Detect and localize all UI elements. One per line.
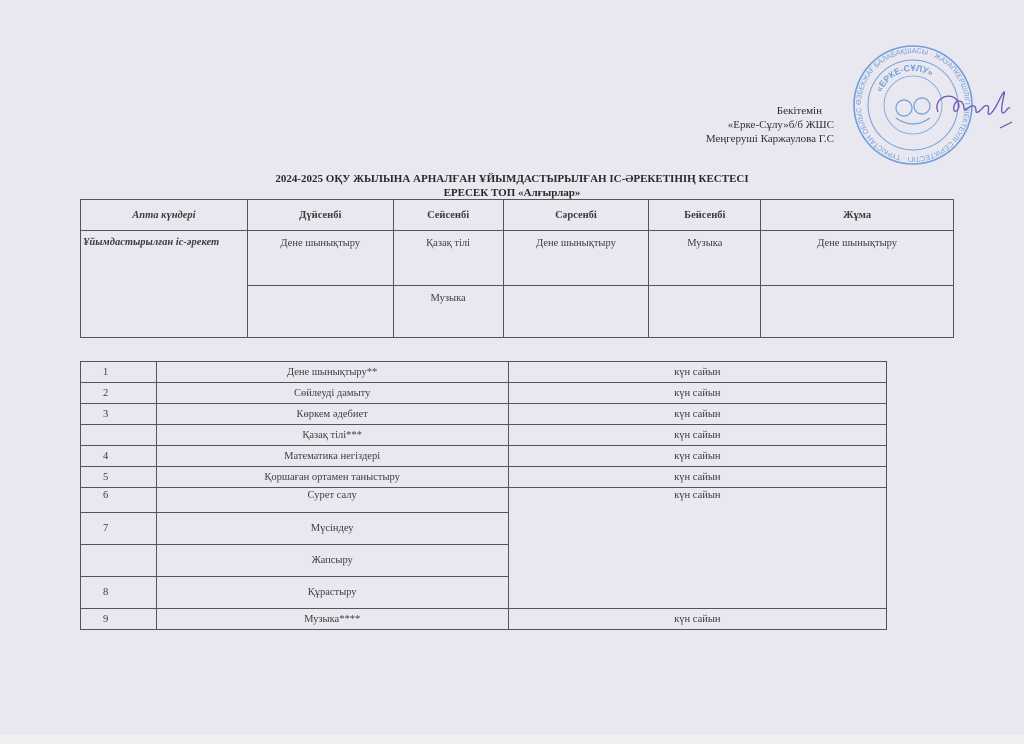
weekly-schedule-table: Апта күндері Дүйсенбі Сейсенбі Сәрсенбі … xyxy=(80,199,954,338)
signature-icon xyxy=(930,82,1020,132)
cell-tuesday-2: Музыка xyxy=(393,286,503,338)
document-title: 2024-2025 ОҚУ ЖЫЛЫНА АРНАЛҒАН ҰЙЫМДАСТЫР… xyxy=(0,172,1024,200)
subject-name: Мүсіндеу xyxy=(156,513,508,545)
subject-frequency: күн сайын xyxy=(508,609,886,630)
row-number: 7 xyxy=(81,513,157,545)
subject-name: Қазақ тілі*** xyxy=(156,425,508,446)
subject-frequency: күн сайын xyxy=(508,362,886,383)
subject-frequency: күн сайын xyxy=(508,383,886,404)
subject-frequency: күн сайын xyxy=(508,425,886,446)
title-line-2: ЕРЕСЕК ТОП «Алғырлар» xyxy=(0,186,1024,200)
cell-monday-2 xyxy=(247,286,393,338)
table-row: 5 Қоршаған ортамен таныстыру күн сайын xyxy=(81,467,887,488)
subject-frequency: күн сайын xyxy=(508,404,886,425)
header-weekdays: Апта күндері xyxy=(81,200,248,231)
subject-name: Математика негіздері xyxy=(156,446,508,467)
subjects-frequency-table: 1 Дене шынықтыру** күн сайын 2 Сөйлеуді … xyxy=(80,361,887,630)
table-row: 4 Математика негіздері күн сайын xyxy=(81,446,887,467)
row-number: 9 xyxy=(81,609,157,630)
header-wednesday: Сәрсенбі xyxy=(503,200,649,231)
title-line-1: 2024-2025 ОҚУ ЖЫЛЫНА АРНАЛҒАН ҰЙЫМДАСТЫР… xyxy=(0,172,1024,186)
subject-name: Қоршаған ортамен таныстыру xyxy=(156,467,508,488)
row-number: 5 xyxy=(81,467,157,488)
row-number: 4 xyxy=(81,446,157,467)
cell-friday-1: Дене шынықтыру xyxy=(761,231,954,286)
header-friday: Жұма xyxy=(761,200,954,231)
subject-name: Жапсыру xyxy=(156,545,508,577)
subject-name: Сурет салу xyxy=(156,488,508,513)
subject-name: Көркем әдебиет xyxy=(156,404,508,425)
subject-frequency: күн сайын xyxy=(508,446,886,467)
svg-text:«ЕРКЕ-СҰЛУ»: «ЕРКЕ-СҰЛУ» xyxy=(874,63,935,93)
subject-frequency: күн сайын xyxy=(508,467,886,488)
table-row: 9 Музыка**** күн сайын xyxy=(81,609,887,630)
approval-block: Бекітемін «Ерке-Сұлу»б/б ЖШС Меңгеруші К… xyxy=(574,104,834,146)
row-label-organized-activity: Ұйымдастырылған іс-әрекет xyxy=(81,231,248,338)
header-monday: Дүйсенбі xyxy=(247,200,393,231)
row-number: 2 xyxy=(81,383,157,404)
cell-friday-2 xyxy=(761,286,954,338)
cell-monday-1: Дене шынықтыру xyxy=(247,231,393,286)
table-row: 2 Сөйлеуді дамыту күн сайын xyxy=(81,383,887,404)
table-row: 1 Дене шынықтыру** күн сайын xyxy=(81,362,887,383)
organization-name: «Ерке-Сұлу»б/б ЖШС xyxy=(574,118,834,132)
subject-name: Дене шынықтыру** xyxy=(156,362,508,383)
cell-wednesday-2 xyxy=(503,286,649,338)
subject-name: Құрастыру xyxy=(156,577,508,609)
subject-name: Сөйлеуді дамыту xyxy=(156,383,508,404)
cell-thursday-1: Музыка xyxy=(649,231,761,286)
cell-thursday-2 xyxy=(649,286,761,338)
row-number: 6 xyxy=(81,488,157,513)
manager-name: Меңгеруші Каржаулова Г.С xyxy=(574,132,834,146)
subject-name: Музыка**** xyxy=(156,609,508,630)
table-row: 6 Сурет салу күн сайын xyxy=(81,488,887,513)
header-tuesday: Сейсенбі xyxy=(393,200,503,231)
table-row: Қазақ тілі*** күн сайын xyxy=(81,425,887,446)
cell-tuesday-1: Қазақ тілі xyxy=(393,231,503,286)
row-number: 8 xyxy=(81,577,157,609)
row-number xyxy=(81,425,157,446)
subject-frequency-merged: күн сайын xyxy=(508,488,886,609)
cell-wednesday-1: Дене шынықтыру xyxy=(503,231,649,286)
row-number xyxy=(81,545,157,577)
approval-heading: Бекітемін xyxy=(574,104,822,118)
row-number: 1 xyxy=(81,362,157,383)
header-thursday: Бейсенбі xyxy=(649,200,761,231)
scan-edge xyxy=(0,735,1024,744)
table-row: 3 Көркем әдебиет күн сайын xyxy=(81,404,887,425)
row-number: 3 xyxy=(81,404,157,425)
